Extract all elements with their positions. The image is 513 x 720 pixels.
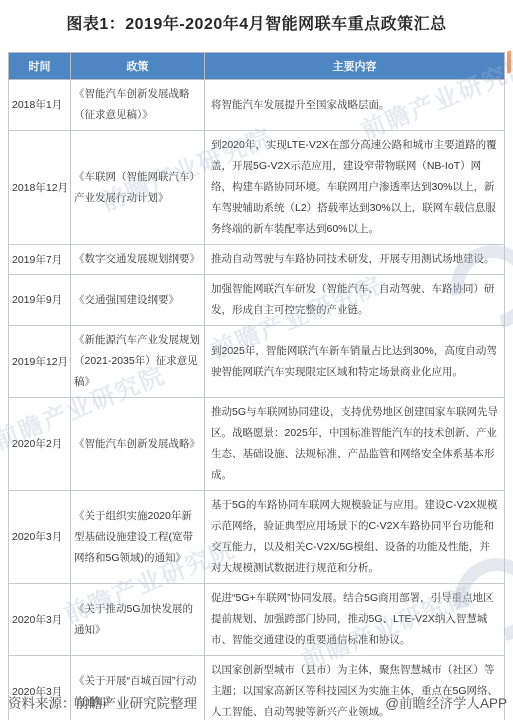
- table-row: 2020年2月 《智能汽车创新发展战略》 推动5G与车联网协同建设，支持优势地区…: [9, 398, 505, 491]
- table-row: 2018年12月 《车联网（智能网联汽车）产业发展行动计划》 到2020年，实现…: [9, 131, 505, 245]
- time-cell: 2019年7月: [9, 245, 71, 275]
- table-row: 2020年3月 《关于推动5G加快发展的通知》 促进“5G+车联网”协同发展。结…: [9, 584, 505, 656]
- time-cell: 2020年3月: [9, 584, 71, 656]
- time-cell: 2020年3月: [9, 491, 71, 584]
- table-header-row: 时间 政策 主要内容: [9, 53, 505, 80]
- table-row: 2019年7月 《数字交通发展规划纲要》 推动自动驾驶与车路协同技术研发，开展专…: [9, 245, 505, 275]
- time-cell: 2019年12月: [9, 326, 71, 398]
- policy-cell: 《新能源汽车产业发展规划（2021-2035年）征求意见稿》: [71, 326, 205, 398]
- policy-cell: 《车联网（智能网联汽车）产业发展行动计划》: [71, 131, 205, 245]
- table-row: 2019年9月 《交通强国建设纲要》 加强智能网联汽车研发（智能汽车、自动驾驶、…: [9, 275, 505, 326]
- policy-summary-table: 时间 政策 主要内容 2018年1月 《智能汽车创新发展战略（征求意见稿）》 将…: [8, 52, 505, 720]
- header-content: 主要内容: [205, 53, 505, 80]
- policy-cell: 《关于推动5G加快发展的通知》: [71, 584, 205, 656]
- source-note: 资料来源：前瞻产业研究院整理: [8, 692, 197, 712]
- time-cell: 2020年2月: [9, 398, 71, 491]
- page-title: 图表1：2019年-2020年4月智能网联车重点政策汇总: [0, 11, 513, 34]
- policy-cell: 《交通强国建设纲要》: [71, 275, 205, 326]
- content-cell: 推动自动驾驶与车路协同技术研发，开展专用测试场地建设。: [205, 245, 505, 275]
- content-cell: 到2020年，实现LTE-V2X在部分高速公路和城市主要道路的覆盖，开展5G-V…: [205, 131, 505, 245]
- content-cell: 推动5G与车联网协同建设，支持优势地区创建国家车联网先导区。战略愿景：2025年…: [205, 398, 505, 491]
- time-cell: 2018年12月: [9, 131, 71, 245]
- policy-cell: 《关于组织实施2020年新型基础设施建设工程(宽带网络和5G领域)的通知》: [71, 491, 205, 584]
- content-cell: 加强智能网联汽车研发（智能汽车、自动驾驶、车路协同）研发，形成自主可控完整的产业…: [205, 275, 505, 326]
- header-time: 时间: [9, 53, 71, 80]
- content-cell: 将智能汽车发展提升至国家战略层面。: [205, 80, 505, 131]
- policy-table-body: 2018年1月 《智能汽车创新发展战略（征求意见稿）》 将智能汽车发展提升至国家…: [9, 80, 505, 720]
- content-cell: 基于5G的车路协同车联网大规模验证与应用。建设C-V2X规模示范网络，验证典型应…: [205, 491, 505, 584]
- table-row: 2018年1月 《智能汽车创新发展战略（征求意见稿）》 将智能汽车发展提升至国家…: [9, 80, 505, 131]
- time-cell: 2019年9月: [9, 275, 71, 326]
- content-cell: 促进“5G+车联网”协同发展。结合5G商用部署，引导重点地区提前规划、加强跨部门…: [205, 584, 505, 656]
- policy-cell: 《智能汽车创新发展战略（征求意见稿）》: [71, 80, 205, 131]
- policy-cell: 《数字交通发展规划纲要》: [71, 245, 205, 275]
- watermark-logo-accent-icon: [507, 50, 511, 73]
- table-row: 2020年3月 《关于组织实施2020年新型基础设施建设工程(宽带网络和5G领域…: [9, 491, 505, 584]
- content-cell: 到2025年，智能网联汽车新车销量占比达到30%，高度自动驾驶智能网联汽车实现限…: [205, 326, 505, 398]
- credit-note: @前瞻经济学人APP: [385, 692, 507, 712]
- table-row: 2019年12月 《新能源汽车产业发展规划（2021-2035年）征求意见稿》 …: [9, 326, 505, 398]
- policy-cell: 《智能汽车创新发展战略》: [71, 398, 205, 491]
- time-cell: 2018年1月: [9, 80, 71, 131]
- report-figure-page: 图表1：2019年-2020年4月智能网联车重点政策汇总 前瞻产业研究院 前瞻产…: [0, 0, 513, 720]
- header-policy: 政策: [71, 53, 205, 80]
